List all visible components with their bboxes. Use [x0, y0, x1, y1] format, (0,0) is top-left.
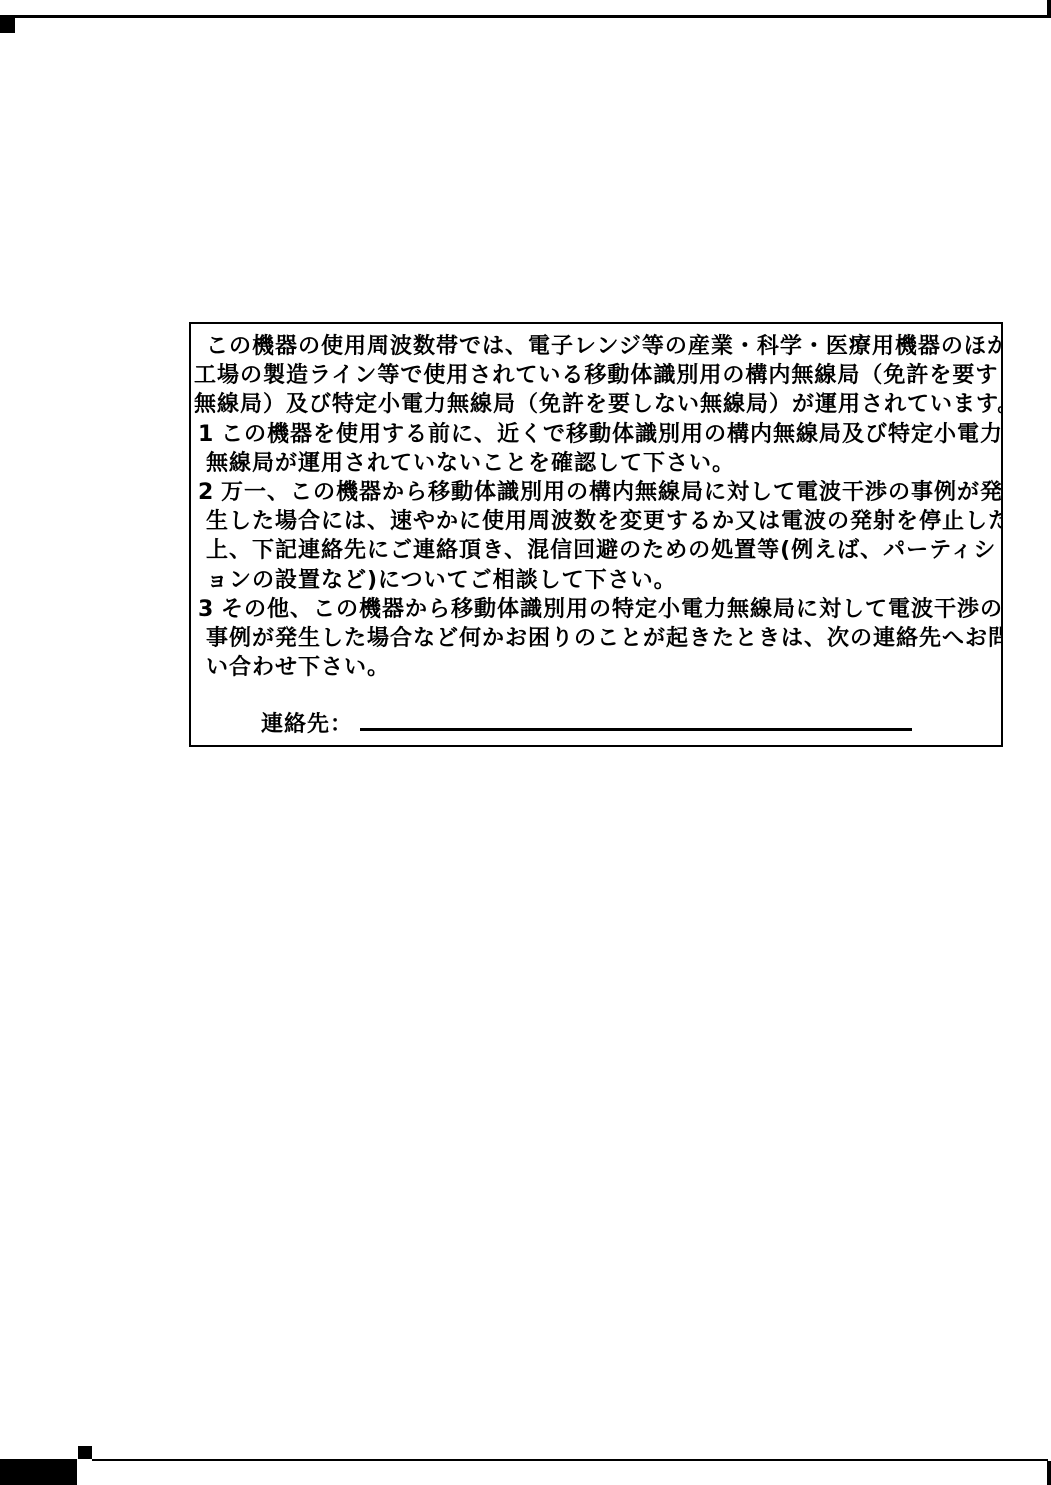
page-bottom-rule: [92, 1459, 1048, 1461]
notice-line: 生した場合には、速やかに使用周波数を変更するか又は電波の発射を停止した: [193, 507, 997, 536]
notice-line-text: その他、この機器から移動体識別用の特定小電力無線局に対して電波干渉の: [221, 597, 1003, 622]
crop-mark-top-right: [1047, 0, 1051, 15]
item-number: 1: [198, 420, 221, 449]
notice-line: 無線局）及び特定小電力無線局（免許を要しない無線局）が運用されています。: [193, 390, 997, 419]
crop-mark-bottom-left-block: [0, 1459, 77, 1485]
item-number: 2: [198, 478, 221, 507]
notice-line: 工場の製造ライン等で使用されている移動体識別用の構内無線局（免許を要する: [193, 361, 997, 390]
notice-line: 上、下記連絡先にご連絡頂き、混信回避のための処置等(例えば、パーティシ: [193, 536, 997, 565]
notice-item-1: 1この機器を使用する前に、近くで移動体識別用の構内無線局及び特定小電力: [193, 420, 997, 449]
contact-fill-line: [360, 711, 912, 731]
contact-row: 連絡先：: [193, 710, 997, 739]
notice-item-3: 3その他、この機器から移動体識別用の特定小電力無線局に対して電波干渉の: [193, 595, 997, 624]
notice-line: 事例が発生した場合など何かお困りのことが起きたときは、次の連絡先へお問: [193, 624, 997, 653]
notice-item-2: 2万一、この機器から移動体識別用の構内無線局に対して電波干渉の事例が発: [193, 478, 997, 507]
document-page: この機器の使用周波数帯では、電子レンジ等の産業・科学・医療用機器のほか 工場の製…: [0, 0, 1051, 1485]
crop-mark-bottom-right: [1047, 1461, 1051, 1485]
contact-label: 連絡先：: [261, 712, 353, 737]
notice-line-text: この機器を使用する前に、近くで移動体識別用の構内無線局及び特定小電力: [221, 422, 1003, 447]
crop-mark-top-left: [0, 18, 15, 33]
page-top-rule: [0, 15, 1051, 18]
item-number: 3: [198, 595, 221, 624]
notice-line: ョンの設置など)についてご相談して下さい。: [193, 566, 997, 595]
notice-line: 無線局が運用されていないことを確認して下さい。: [193, 449, 997, 478]
radio-interference-notice-box: この機器の使用周波数帯では、電子レンジ等の産業・科学・医療用機器のほか 工場の製…: [189, 322, 1003, 747]
notice-line: この機器の使用周波数帯では、電子レンジ等の産業・科学・医療用機器のほか: [193, 332, 997, 361]
notice-line: い合わせ下さい。: [193, 653, 997, 682]
notice-line-text: 万一、この機器から移動体識別用の構内無線局に対して電波干渉の事例が発: [221, 480, 1003, 505]
crop-mark-bottom-left-small: [78, 1446, 92, 1459]
